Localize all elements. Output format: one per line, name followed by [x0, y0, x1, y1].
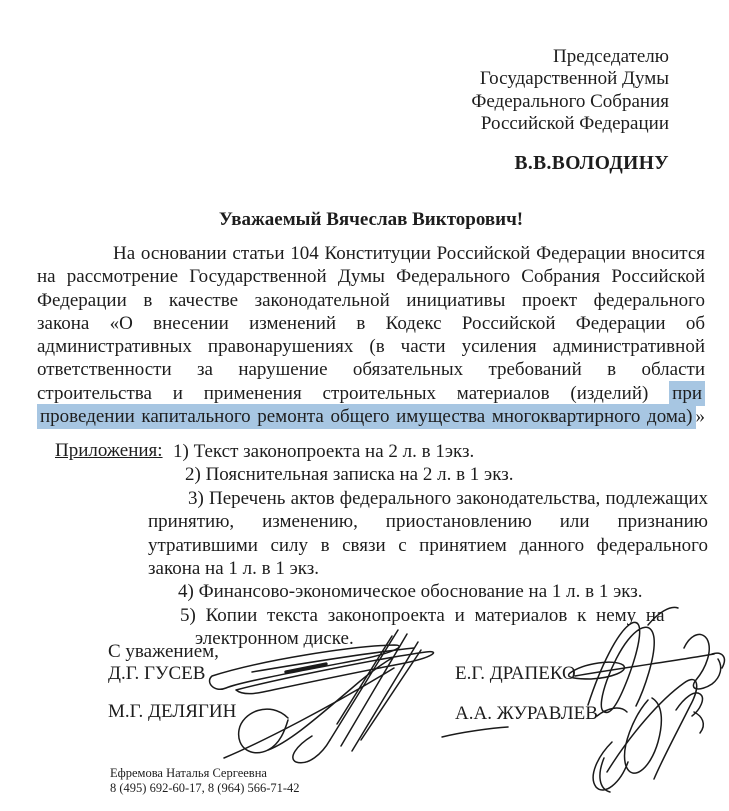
paragraph-text: » [696, 406, 706, 427]
signer-name-zhuravlev: А.А. ЖУРАВЛЕВ [455, 703, 598, 725]
paragraph-line: проведении капитального ремонта общего и… [37, 405, 705, 428]
closing-phrase: С уважением, [108, 641, 219, 663]
attachment-item-continuation: утратившими силу в связи с принятием дан… [148, 534, 708, 557]
scanned-letter: { "document": { "highlight_color": "#a7c… [0, 0, 729, 811]
recipient-block: Председателю Государственной Думы Федера… [471, 46, 669, 175]
paragraph-line: административных правонарушениях (в част… [37, 335, 705, 358]
zhuravlev-signature-scribble [593, 680, 703, 792]
recipient-name: В.В.ВОЛОДИНУ [471, 153, 669, 175]
recipient-line: Российской Федерации [471, 113, 669, 135]
attachments-label: Приложения: [55, 440, 163, 462]
paragraph-line: на рассмотрение Государственной Думы Фед… [37, 265, 705, 288]
attachments-list: 1) Текст законопроекта на 2 л. в 1экз. 2… [148, 440, 708, 651]
signer-name-gusev: Д.Г. ГУСЕВ [108, 663, 205, 685]
attachment-item: 4) Финансово-экономическое обоснование н… [148, 580, 708, 603]
attachment-item: 5) Копии текста законопроекта и материал… [148, 604, 708, 627]
attachment-item: 3) Перечень актов федерального законодат… [148, 487, 708, 510]
signer-name-drapeko: Е.Г. ДРАПЕКО [455, 663, 576, 685]
paragraph-line: закона «О внесении изменений в Кодекс Ро… [37, 312, 705, 335]
contact-phones: 8 (495) 692-60-17, 8 (964) 566-71-42 [110, 781, 300, 796]
attachment-item: 1) Текст законопроекта на 2 л. в 1экз. [148, 440, 708, 463]
paragraph-line: Федерации в качестве законодательной ини… [37, 289, 705, 312]
contact-name: Ефремова Наталья Сергеевна [110, 766, 300, 781]
body-paragraph: На основании статьи 104 Конституции Росс… [37, 242, 705, 428]
highlighted-text: при [669, 381, 705, 406]
paragraph-line: ответственности за нарушение обязательны… [37, 358, 705, 381]
salutation: Уважаемый Вячеслав Викторович! [37, 209, 705, 231]
attachment-item: 2) Пояснительная записка на 2 л. в 1 экз… [148, 463, 708, 486]
attachment-item-continuation: электронном диске. [148, 627, 708, 650]
footer-contact: Ефремова Наталья Сергеевна 8 (495) 692-6… [110, 766, 300, 796]
paragraph-line: строительства и применения строительных … [37, 382, 705, 405]
paragraph-text: строительства и применения строительных … [37, 383, 648, 404]
attachment-item-continuation: закона на 1 л. в 1 экз. [148, 557, 708, 580]
attachment-item-continuation: принятию, изменению, приостановлению или… [148, 510, 708, 533]
paragraph-line: На основании статьи 104 Конституции Росс… [37, 242, 705, 265]
highlighted-text: проведении капитального ремонта общего и… [37, 404, 696, 429]
signer-name-delyagin: М.Г. ДЕЛЯГИН [108, 701, 236, 723]
recipient-line: Председателю [471, 46, 669, 68]
recipient-line: Государственной Думы [471, 68, 669, 90]
recipient-line: Федерального Собрания [471, 91, 669, 113]
gusev-signature-scribble [210, 645, 434, 694]
